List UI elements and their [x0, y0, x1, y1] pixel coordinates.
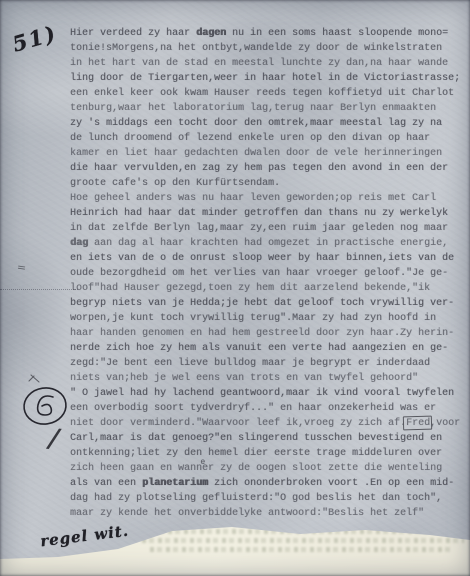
typed-line: de lunch droomend of lezend enkele uren … [70, 131, 466, 146]
equals-margin-mark: = [16, 260, 27, 274]
typed-line: Heinrich had haar dat minder getroffen d… [70, 206, 466, 221]
typed-line: kamer en liet haar gedachten dwalen door… [70, 146, 466, 161]
typed-line: Hoe geheel anders was nu haar leven gewo… [70, 191, 466, 206]
typed-line: die haar vervulden,en zag zy hem pas teg… [70, 161, 466, 176]
typed-line: ling door de Tiergarten,weer in haar hot… [70, 71, 466, 86]
typed-line: een enkel keer ook kwam Hauser reeds teg… [70, 86, 466, 101]
hand-box-word: Fred [406, 418, 430, 429]
ins-e-word: wannere [178, 463, 214, 474]
typed-line: oude bezorgdheid om het verlies van haar… [70, 266, 466, 281]
typed-line: tonie!sMorgens,na het ontbyt,wandelde zy… [70, 41, 466, 56]
bottom-handwritten-note: regel wit. [39, 522, 130, 551]
overstrike-word: dagen [196, 28, 226, 39]
typed-line: begryp niets van je Hedda;je hebt dat ge… [70, 296, 466, 311]
typed-line: dag had zy plotseling gefluisterd:"O god… [70, 491, 466, 506]
typed-line: dag aan dag al haar krachten had omgezet… [70, 236, 466, 251]
overstrike-word: dag [70, 238, 88, 249]
overstrike-word: planetarium [142, 478, 208, 489]
typed-line: als van een planetarium zich ononderbrok… [70, 476, 466, 491]
typed-line: zich heen gaan en wannere zy de oogen sl… [70, 461, 466, 476]
page-number-annotation: 51) [9, 20, 59, 56]
typed-line: zegd:"Je bent een lieve bulldog maar je … [70, 356, 466, 371]
slash-mark: / [47, 424, 60, 455]
circled-editor-mark [20, 380, 72, 436]
inserted-letter: e [200, 455, 205, 470]
dotted-guide-line [0, 289, 78, 290]
typed-line: haar handen genomen en had hem gestreeld… [70, 326, 466, 341]
typed-line: zy 's middags een tocht door den omtrek,… [70, 116, 466, 131]
typed-line: in dat zelfde Berlyn lag,maar zy,een rui… [70, 221, 466, 236]
faint-underpage-text [142, 538, 464, 543]
typed-line: worpen,je kunt toch vrywillig terug".Maa… [70, 311, 466, 326]
typed-line: nerde zich hoe zy hem als vanuit een ver… [70, 341, 466, 356]
typed-line: en iets van de o de onrust sloop weer by… [70, 251, 466, 266]
typed-line: groote cafe's op den Kurfürtsendam. [70, 176, 466, 191]
typed-line: Carl,maar is dat genoeg?"en slingerend t… [70, 431, 466, 446]
typed-line: tenburg,waar het laboratorium lag,terug … [70, 101, 466, 116]
typed-text-block: Hier verdeed zy haar dagen nu in een som… [70, 26, 466, 521]
faint-underpage-text [150, 547, 450, 552]
typed-line: niet door verminderd."Waarvoor leef ik,v… [70, 416, 466, 431]
typed-line: een overbodig soort tydverdryf..." en ha… [70, 401, 466, 416]
typed-line: in het hart van de stad en meestal lunch… [70, 56, 466, 71]
typewritten-sheet: 51) Hier verdeed zy haar dagen nu in een… [0, 0, 470, 576]
manuscript-scan: 51) Hier verdeed zy haar dagen nu in een… [0, 0, 470, 576]
typed-line: maar zy kende het onverbiddelyke antwoor… [70, 506, 466, 521]
typed-line: ontkenning;liet zy den hemel dier eerste… [70, 446, 466, 461]
typed-line: loof"had Hauser gezegd,toen zy hem dit a… [70, 281, 466, 296]
typed-line: Hier verdeed zy haar dagen nu in een som… [70, 26, 466, 41]
typed-line: niets van;heb je wel eens van trots en v… [70, 371, 466, 386]
typed-line: " O jawel had hy lachend geantwoord,maar… [70, 386, 466, 401]
